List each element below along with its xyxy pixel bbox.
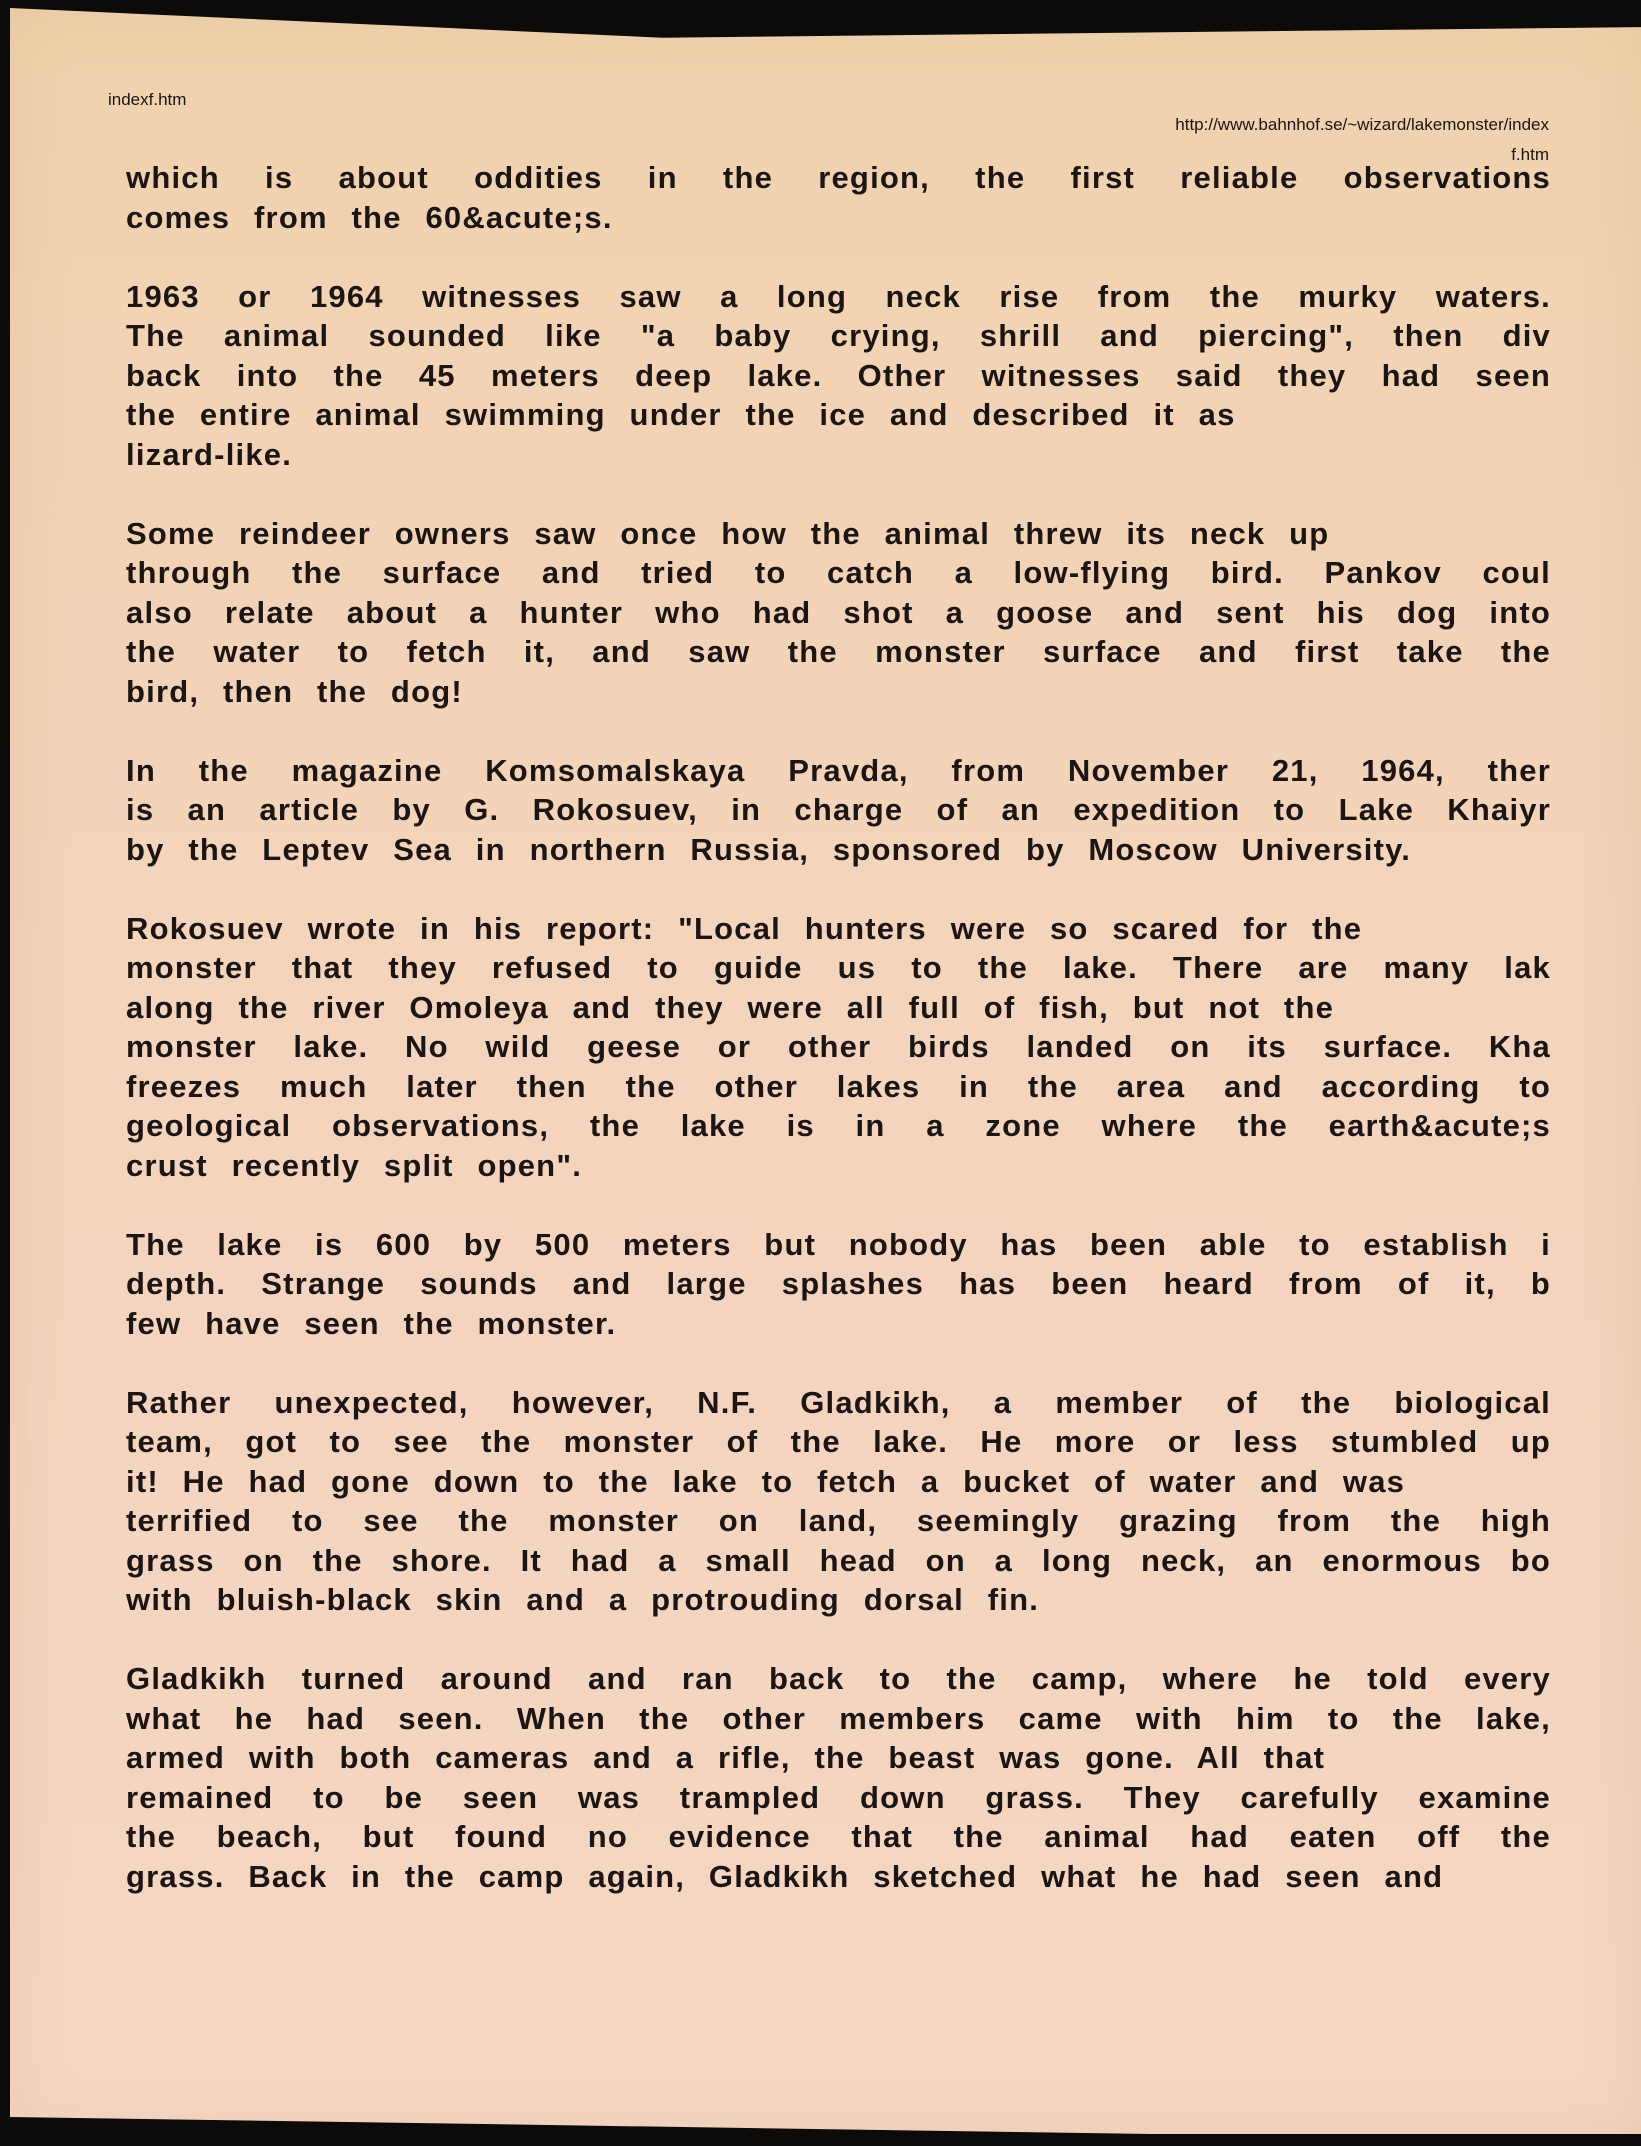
article-paragraph: which is about oddities in the region, t…: [126, 158, 1551, 237]
paragraph-line: bird, then the dog!: [126, 672, 1551, 712]
paragraph-line: with bluish-black skin and a protrouding…: [126, 1580, 1551, 1620]
article-paragraph: In the magazine Komsomalskaya Pravda, fr…: [126, 751, 1551, 870]
article-paragraph: 1963 or 1964 witnesses saw a long neck r…: [126, 277, 1551, 475]
paragraph-line: also relate about a hunter who had shot …: [126, 593, 1551, 633]
paragraph-line: depth. Strange sounds and large splashes…: [126, 1264, 1551, 1304]
paragraph-line: grass on the shore. It had a small head …: [126, 1541, 1551, 1581]
article-paragraph: Some reindeer owners saw once how the an…: [126, 514, 1551, 712]
paragraph-line: the entire animal swimming under the ice…: [126, 395, 1551, 435]
paragraph-line: along the river Omoleya and they were al…: [126, 988, 1551, 1028]
paragraph-line: geological observations, the lake is in …: [126, 1106, 1551, 1146]
paragraph-line: terrified to see the monster on land, se…: [126, 1501, 1551, 1541]
paragraph-line: grass. Back in the camp again, Gladkikh …: [126, 1857, 1551, 1897]
article-paragraph: The lake is 600 by 500 meters but nobody…: [126, 1225, 1551, 1344]
paragraph-line: the water to fetch it, and saw the monst…: [126, 632, 1551, 672]
paragraph-line: 1963 or 1964 witnesses saw a long neck r…: [126, 277, 1551, 317]
paragraph-line: monster that they refused to guide us to…: [126, 948, 1551, 988]
paragraph-line: through the surface and tried to catch a…: [126, 553, 1551, 593]
paragraph-line: few have seen the monster.: [126, 1304, 1551, 1344]
paragraph-line: The lake is 600 by 500 meters but nobody…: [126, 1225, 1551, 1265]
paragraph-line: Rather unexpected, however, N.F. Gladkik…: [126, 1383, 1551, 1423]
paragraph-line: comes from the 60&acute;s.: [126, 198, 1551, 238]
paragraph-line: the beach, but found no evidence that th…: [126, 1817, 1551, 1857]
paragraph-line: what he had seen. When the other members…: [126, 1699, 1551, 1739]
paragraph-line: remained to be seen was trampled down gr…: [126, 1778, 1551, 1818]
paragraph-line: Some reindeer owners saw once how the an…: [126, 514, 1551, 554]
page-header-url-line1: http://www.bahnhof.se/~wizard/lakemonste…: [1029, 110, 1549, 140]
page-header-filename: indexf.htm: [108, 90, 186, 110]
article-paragraph: Gladkikh turned around and ran back to t…: [126, 1659, 1551, 1896]
article-body: which is about oddities in the region, t…: [126, 158, 1551, 1936]
paragraph-line: team, got to see the monster of the lake…: [126, 1422, 1551, 1462]
paragraph-line: monster lake. No wild geese or other bir…: [126, 1027, 1551, 1067]
paragraph-line: The animal sounded like "a baby crying, …: [126, 316, 1551, 356]
article-paragraph: Rather unexpected, however, N.F. Gladkik…: [126, 1383, 1551, 1620]
article-paragraph: Rokosuev wrote in his report: "Local hun…: [126, 909, 1551, 1186]
paragraph-line: crust recently split open".: [126, 1146, 1551, 1186]
paragraph-line: back into the 45 meters deep lake. Other…: [126, 356, 1551, 396]
paragraph-line: by the Leptev Sea in northern Russia, sp…: [126, 830, 1551, 870]
paragraph-line: freezes much later then the other lakes …: [126, 1067, 1551, 1107]
paragraph-line: In the magazine Komsomalskaya Pravda, fr…: [126, 751, 1551, 791]
paragraph-line: which is about oddities in the region, t…: [126, 158, 1551, 198]
paragraph-line: armed with both cameras and a rifle, the…: [126, 1738, 1551, 1778]
paragraph-line: lizard-like.: [126, 435, 1551, 475]
paragraph-line: is an article by G. Rokosuev, in charge …: [126, 790, 1551, 830]
paragraph-line: it! He had gone down to the lake to fetc…: [126, 1462, 1551, 1502]
paragraph-line: Gladkikh turned around and ran back to t…: [126, 1659, 1551, 1699]
paragraph-line: Rokosuev wrote in his report: "Local hun…: [126, 909, 1551, 949]
